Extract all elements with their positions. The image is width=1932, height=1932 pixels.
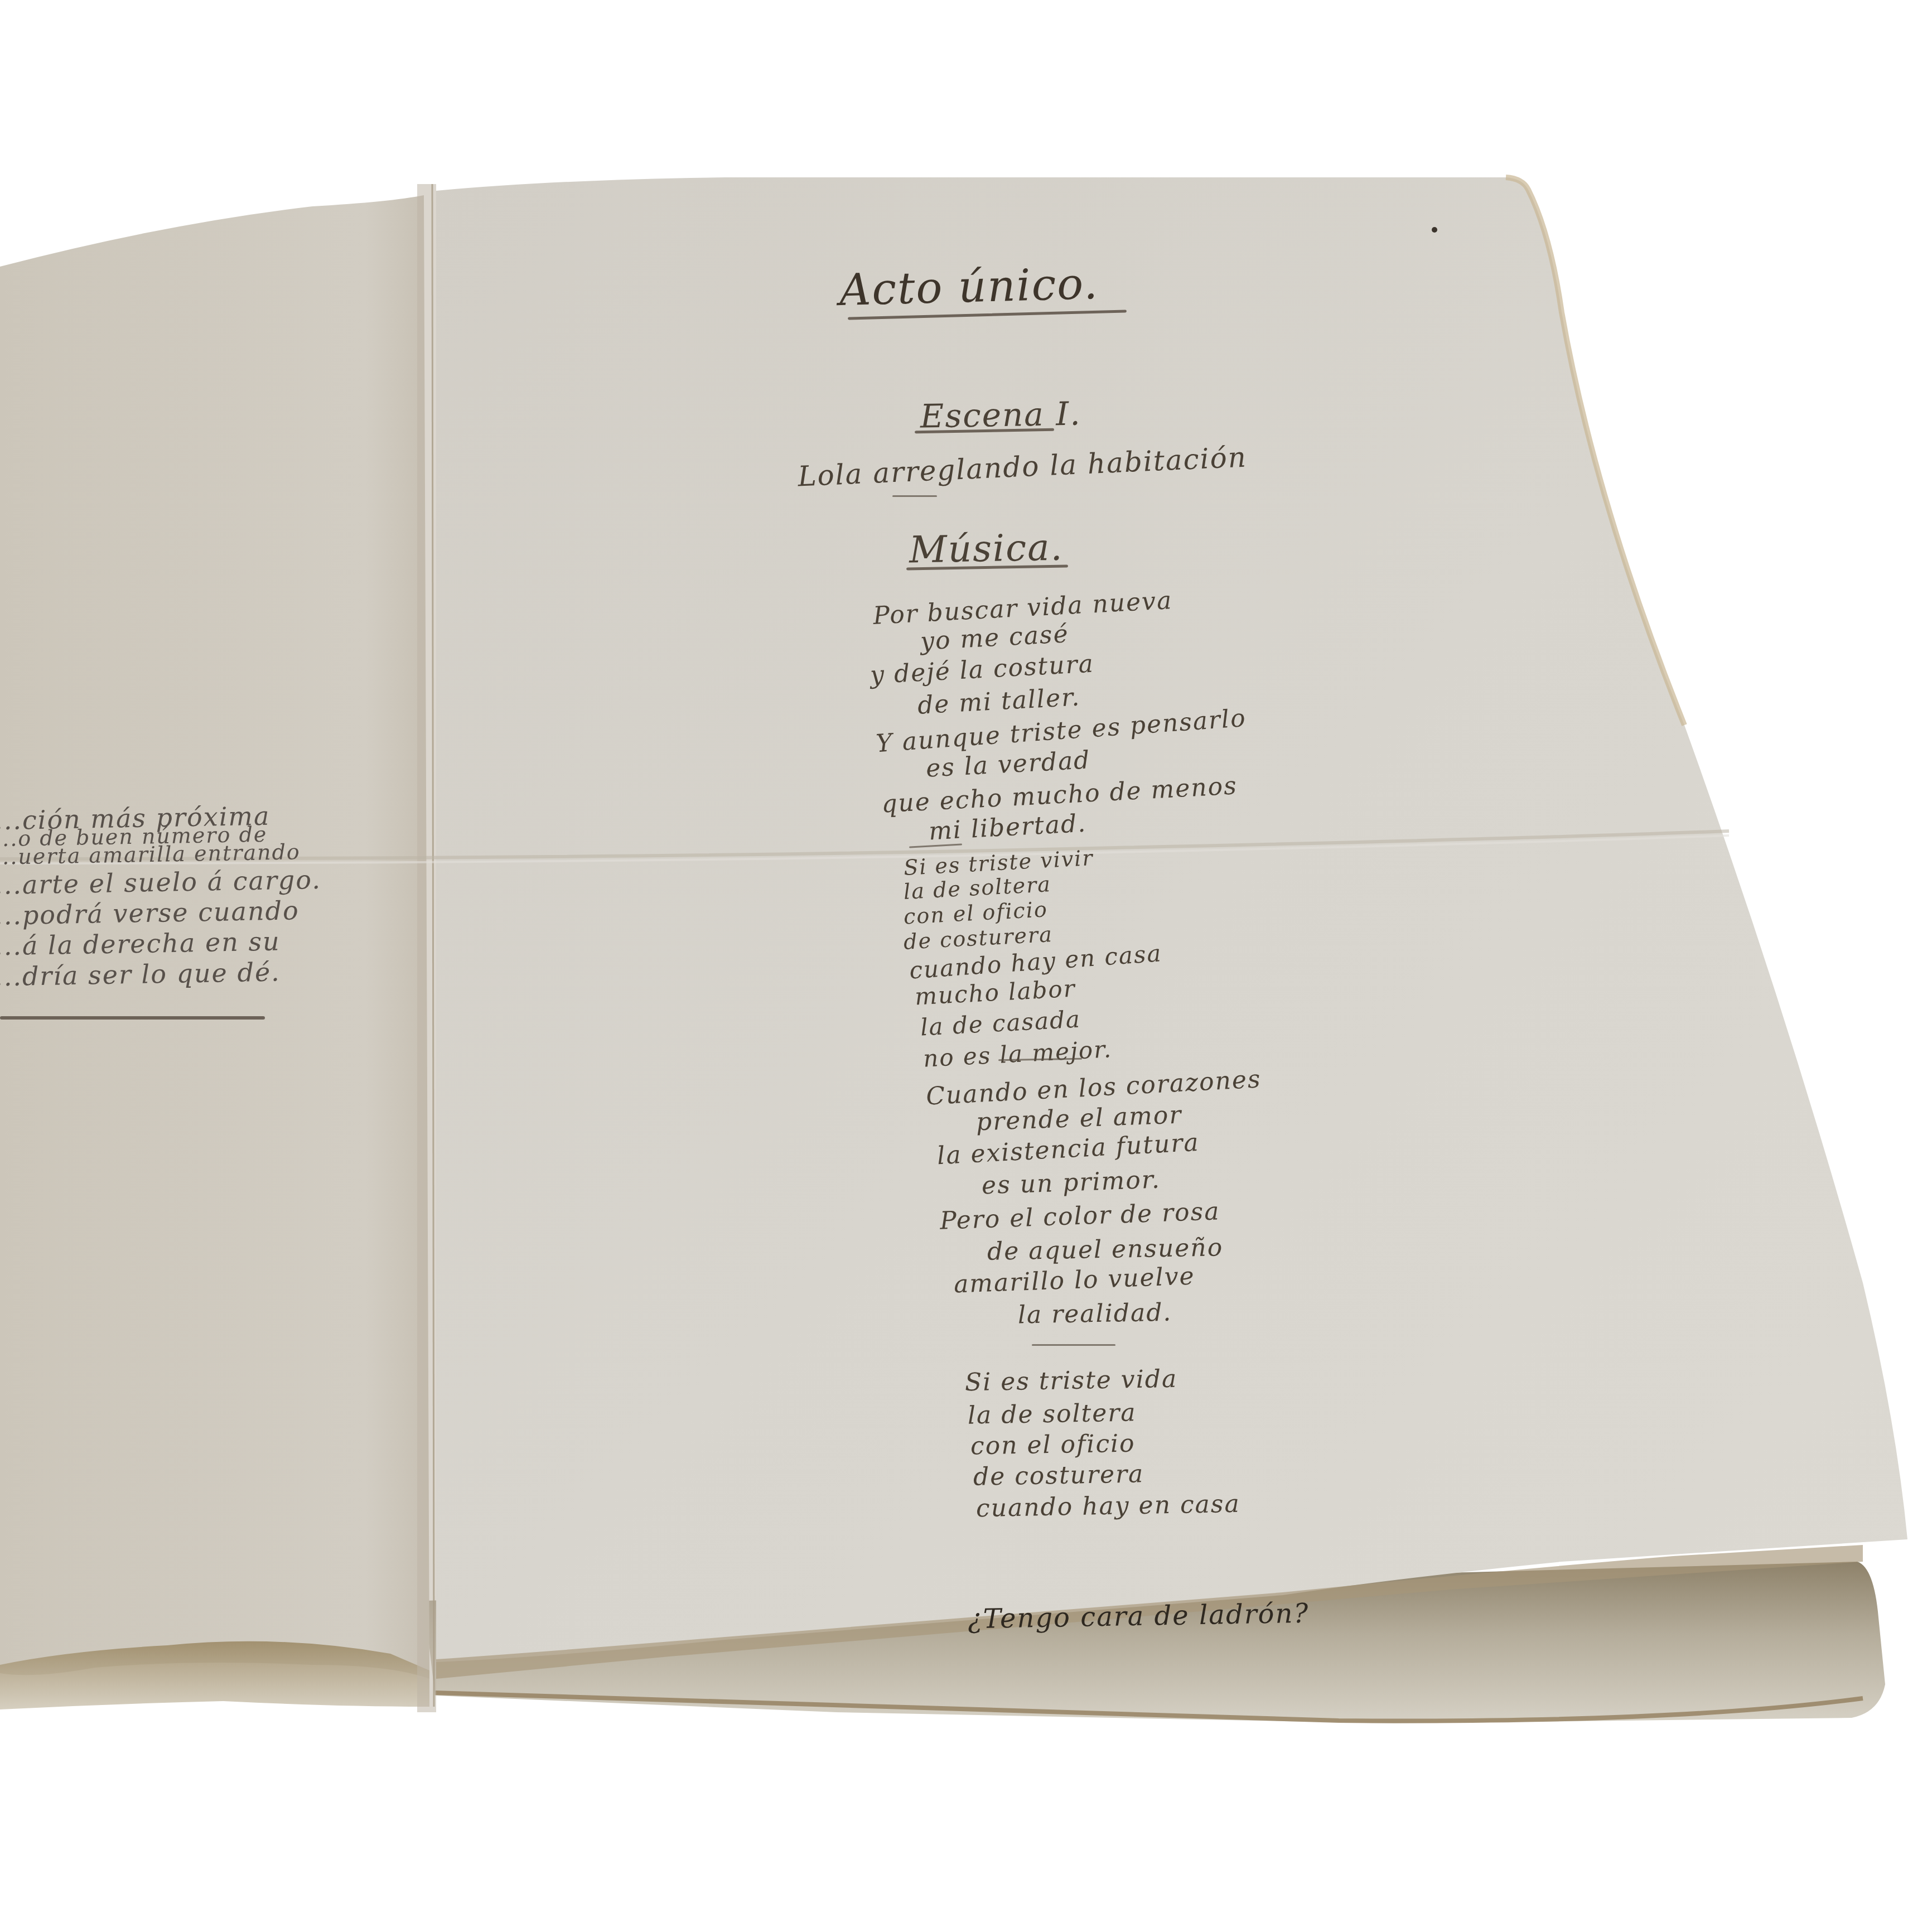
verse-line: la realidad. xyxy=(1018,1298,1172,1330)
stanza-divider xyxy=(1032,1344,1115,1346)
act-title: Acto único. xyxy=(839,259,1099,316)
left-text-line: ...arte el suelo á cargo. xyxy=(0,864,321,900)
verse-line: con el oficio xyxy=(970,1429,1136,1460)
left-text-line: ...á la derecha en su xyxy=(0,926,281,962)
verse-line: de costurera xyxy=(973,1460,1144,1491)
section-heading-musica: Música. xyxy=(909,526,1064,572)
next-page-fragment: ¿Tengo cara de ladrón? xyxy=(968,1598,1310,1635)
left-text-line: ...dría ser lo que dé. xyxy=(0,957,281,992)
verse-line: Si es triste vida xyxy=(965,1365,1178,1397)
verse-line: la de soltera xyxy=(968,1398,1137,1429)
left-page-rule xyxy=(0,1016,265,1020)
left-text-line: ...podrá verse cuando xyxy=(0,895,300,931)
verse-line: de aquel ensueño xyxy=(987,1233,1224,1266)
stage-direction-divider xyxy=(892,495,937,497)
verse-line: cuando hay en casa xyxy=(976,1490,1240,1523)
manuscript-photo: Acto único. Escena I. Lola arreglando la… xyxy=(0,0,1932,1932)
right-page xyxy=(436,177,1907,1662)
